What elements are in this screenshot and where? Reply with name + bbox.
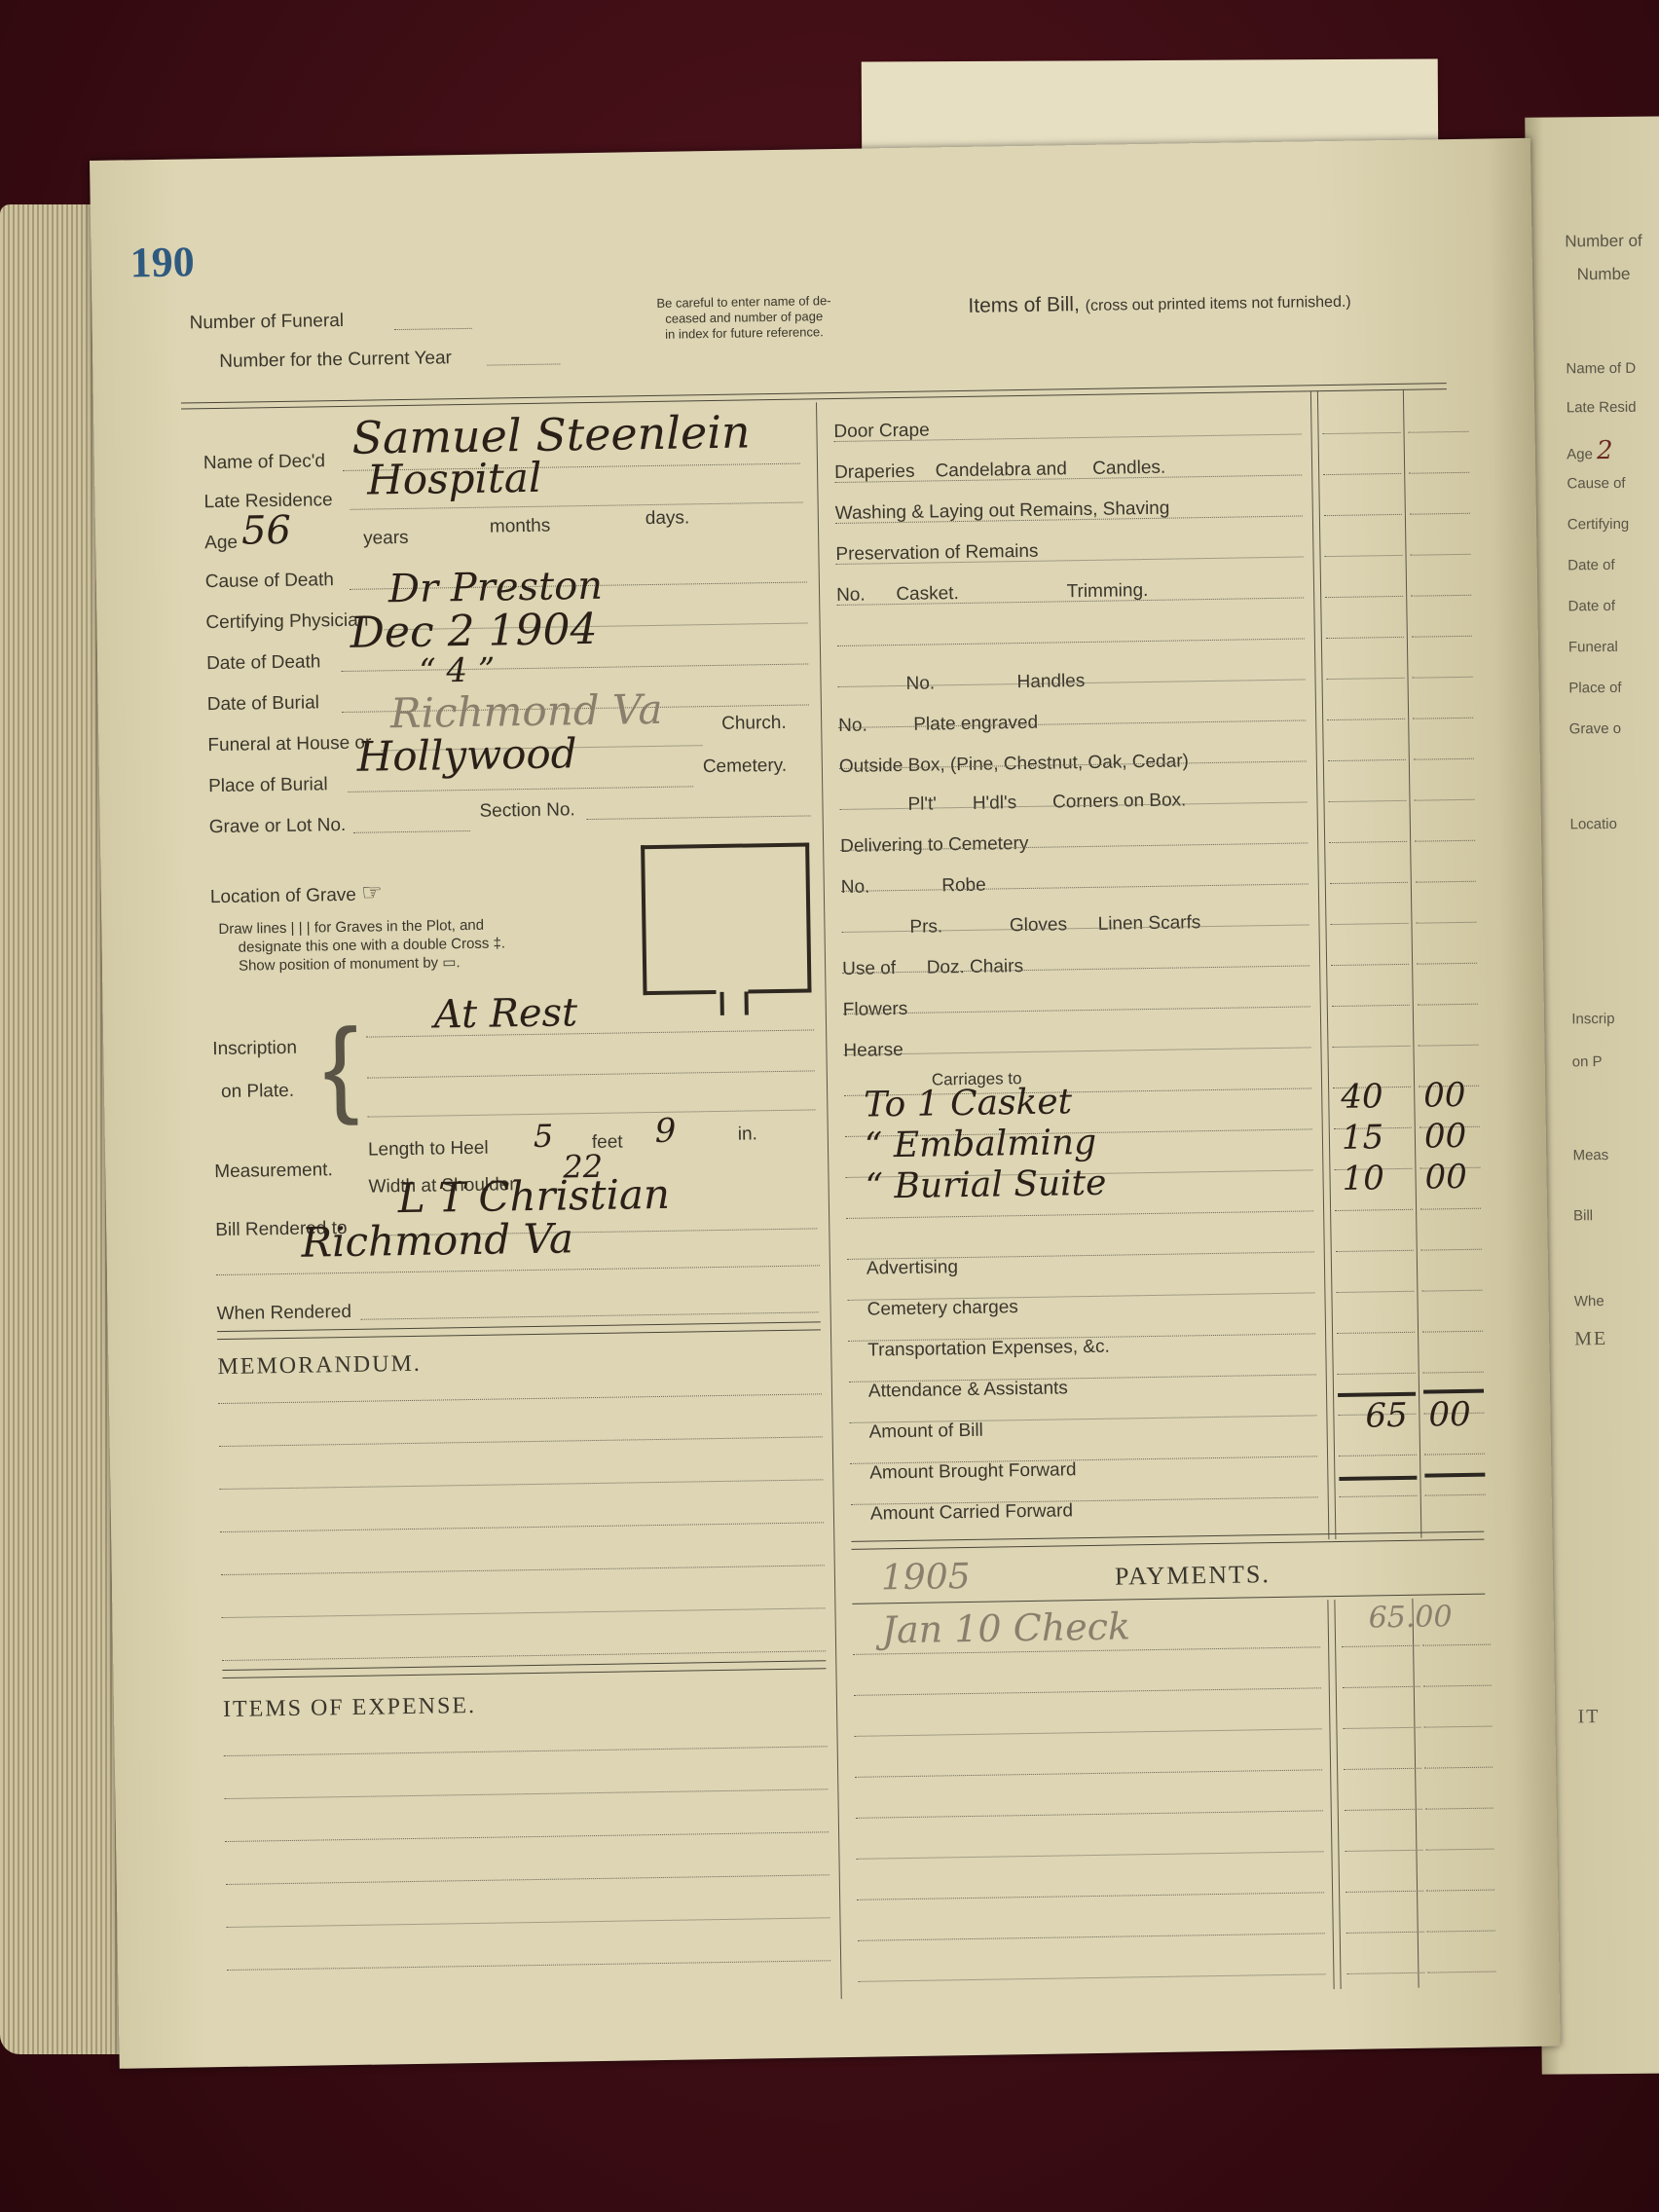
bill-item-delivering: Delivering to Cemetery (840, 833, 1029, 858)
grave-instructions: Draw lines | | | for Graves in the Plot,… (218, 915, 505, 976)
adjacent-label: Name of D (1566, 360, 1636, 378)
total-cents: 00 (1428, 1395, 1471, 1435)
amount-brought-forward-label: Amount Brought Forward (869, 1459, 1077, 1484)
date-of-burial-value: “ 4 ” (419, 651, 496, 691)
age-value: 56 (241, 508, 292, 554)
adjacent-label: Numbe (1577, 265, 1631, 284)
place-of-burial-value: Hollywood (356, 729, 577, 781)
payments-year: 1905 (881, 1557, 971, 1598)
bill-entry-description: “ Burial Suite (865, 1163, 1106, 1207)
adjacent-label: on P (1572, 1053, 1603, 1070)
age-label: Age (204, 533, 238, 555)
cause-of-death-label: Cause of Death (205, 570, 334, 593)
bill-entry-cents: 00 (1423, 1076, 1466, 1116)
adjacent-label: Bill (1573, 1207, 1593, 1224)
adjacent-label: Cause of (1567, 475, 1625, 493)
years-label: years (363, 528, 409, 550)
inscription-brace: { (322, 1014, 359, 1122)
bill-item-cemetery-charges: Cemetery charges (866, 1297, 1018, 1320)
adjacent-label: Date of (1568, 598, 1616, 614)
bill-entry-dollars: 15 (1342, 1118, 1384, 1158)
adjacent-label: Meas (1572, 1147, 1608, 1163)
number-of-funeral-label: Number of Funeral (189, 311, 344, 334)
adjacent-label: Whe (1574, 1293, 1604, 1309)
pointing-hand-icon: ☞ (361, 879, 383, 905)
bill-entry-dollars: 40 (1341, 1077, 1383, 1117)
adjacent-label: Date of (1567, 557, 1615, 573)
name-label: Name of Dec'd (203, 451, 325, 474)
bill-entry-description: To 1 Casket (864, 1082, 1072, 1124)
length-inches-value: 9 (654, 1112, 676, 1151)
amount-carried-forward-label: Amount Carried Forward (870, 1500, 1073, 1525)
adjacent-label: Age 2 (1567, 436, 1613, 465)
page-number: 190 (129, 237, 195, 287)
adjacent-label: Place of (1568, 680, 1621, 696)
bill-item-robe: No. Robe (841, 875, 986, 899)
bill-item-chairs: Use of Doz. Chairs (842, 956, 1023, 980)
days-label: days. (645, 507, 690, 530)
bill-item-flowers: Flowers (843, 999, 908, 1021)
payment-entry-amount: 65.00 (1368, 1600, 1452, 1635)
date-of-burial-label: Date of Burial (207, 692, 319, 716)
total-dollars: 65 (1365, 1396, 1408, 1436)
payments-title: PAYMENTS. (1115, 1560, 1271, 1592)
adjacent-label: Inscrip (1571, 1011, 1614, 1027)
date-of-death-value: Dec 2 1904 (350, 605, 598, 658)
bill-item-transportation: Transportation Expenses, &c. (867, 1337, 1110, 1362)
items-of-bill-header: Items of Bill, (cross out printed items … (968, 289, 1351, 318)
ledger-page: 190 Number of Funeral Number for the Cur… (90, 138, 1561, 2069)
length-feet-value: 5 (533, 1118, 553, 1155)
bill-entry-cents: 00 (1424, 1117, 1467, 1157)
adjacent-label: Funeral (1568, 639, 1618, 655)
adjacent-label: Number of (1565, 232, 1642, 252)
church-label: Church. (721, 713, 787, 735)
adjacent-label: Grave o (1569, 720, 1622, 737)
adjacent-label: Late Resid (1567, 399, 1637, 417)
adjacent-label: ME (1574, 1328, 1607, 1350)
adjacent-label: Locatio (1569, 816, 1617, 832)
length-to-heel-label: Length to Heel (368, 1138, 489, 1161)
place-of-burial-label: Place of Burial (208, 774, 328, 797)
date-of-death-label: Date of Death (206, 651, 321, 675)
measurement-label: Measurement. (214, 1160, 333, 1183)
certifying-physician-label: Certifying Physician (205, 610, 368, 635)
months-label: months (490, 516, 551, 538)
items-of-expense-title: ITEMS OF EXPENSE. (223, 1693, 476, 1723)
bill-entry-cents: 00 (1424, 1158, 1467, 1198)
inscription-value: At Rest (433, 990, 577, 1037)
bill-entry-description: “ Embalming (865, 1123, 1097, 1166)
bill-item-hearse: Hearse (843, 1040, 903, 1062)
number-current-year-label: Number for the Current Year (219, 348, 452, 373)
when-rendered-label: When Rendered (216, 1302, 351, 1325)
cemetery-label: Cemetery. (703, 756, 788, 778)
amount-of-bill-label: Amount of Bill (868, 1420, 983, 1444)
adjacent-label: IT (1577, 1706, 1600, 1728)
grave-plot-diagram[interactable] (641, 842, 811, 995)
bill-item-gloves-scarfs: Prs. Gloves Linen Scarfs (909, 912, 1200, 939)
memorandum-title: MEMORANDUM. (217, 1351, 422, 1381)
section-no-label: Section No. (479, 799, 575, 823)
payment-entry-description: Jan 10 Check (881, 1604, 1130, 1651)
grave-or-lot-label: Grave or Lot No. (209, 815, 347, 838)
inscription-label: Inscription (212, 1038, 297, 1060)
late-residence-value: Hospital (367, 454, 542, 504)
location-of-grave-label: Location of Grave ☞ (210, 878, 383, 909)
caution-note: Be careful to enter name of de- ceased a… (656, 293, 831, 343)
bill-entry-dollars: 10 (1342, 1159, 1384, 1198)
on-plate-label: on Plate. (221, 1081, 294, 1103)
adjacent-label: Certifying (1567, 516, 1630, 534)
bill-rendered-to-city: Richmond Va (301, 1214, 573, 1266)
bill-item-box-fittings: Pl't' H'dl's Corners on Box. (907, 790, 1186, 815)
inches-label: in. (738, 1124, 757, 1145)
funeral-at-label: Funeral at House or (207, 733, 371, 757)
bill-item-advertising: Advertising (866, 1257, 958, 1279)
bill-item-attendance: Attendance & Assistants (868, 1378, 1068, 1402)
